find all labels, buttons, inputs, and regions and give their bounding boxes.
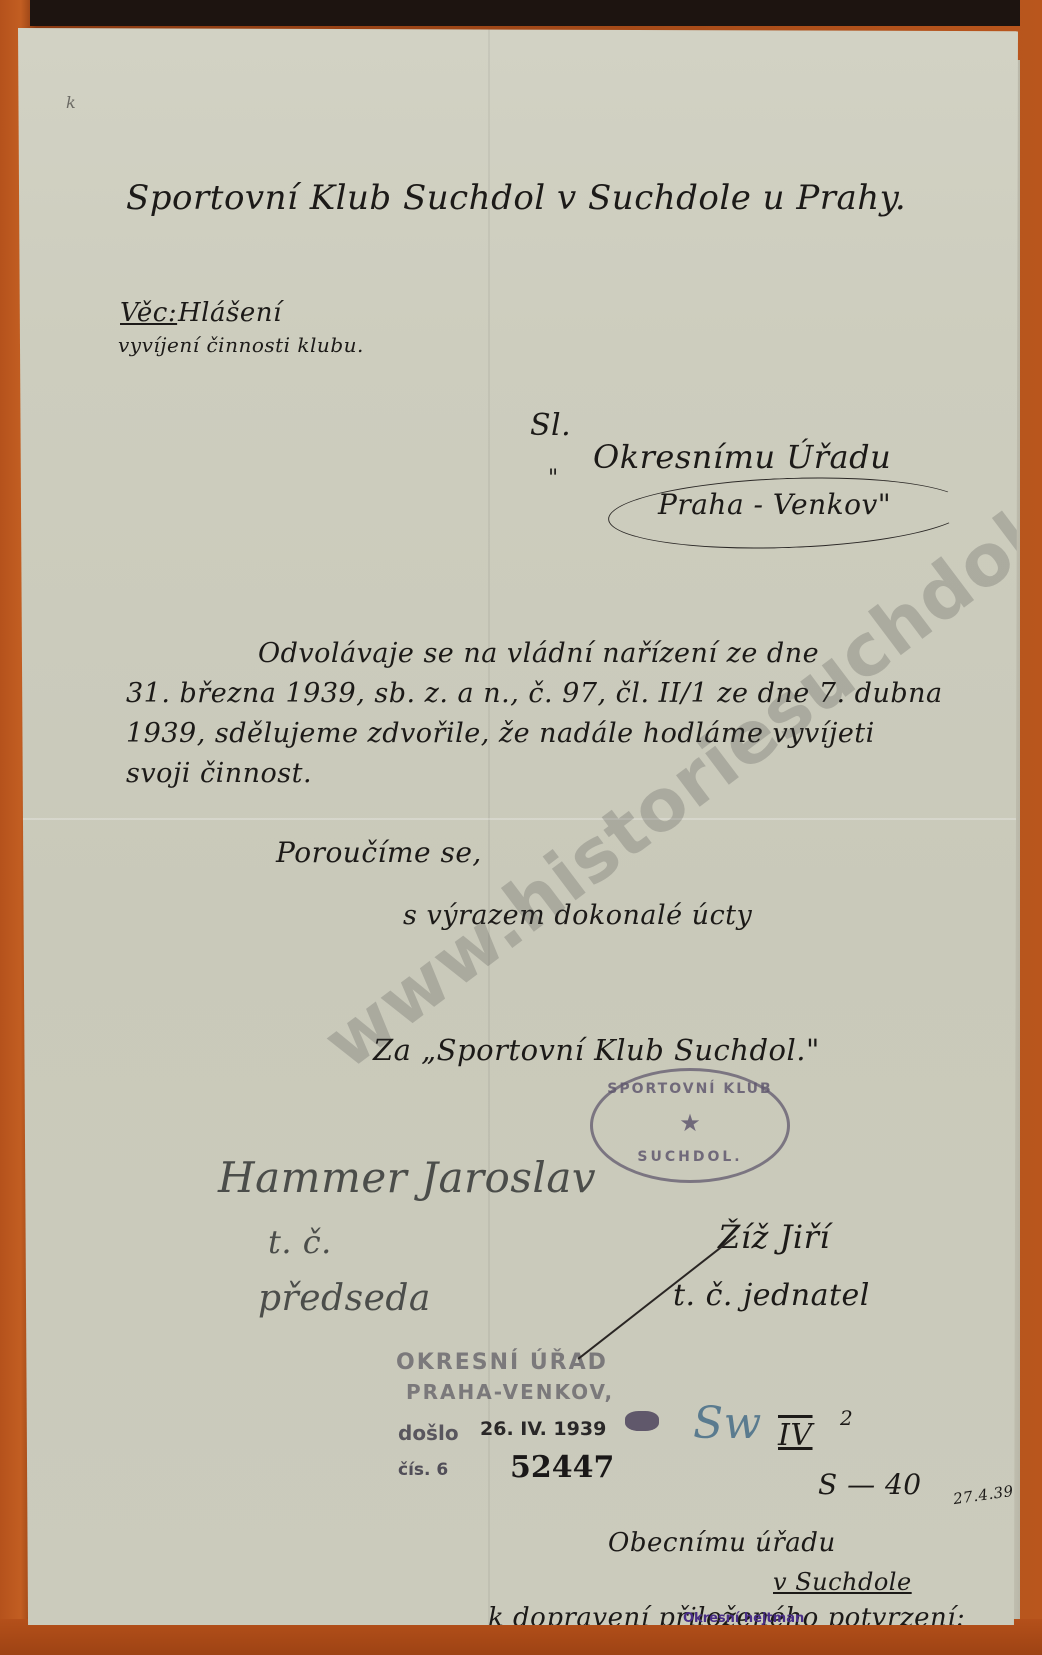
recipient-line-2: Praha - Venkov" [658,488,891,521]
body-line-4: svoji činnost. [126,758,312,789]
club-stamp-top-text: SPORTOVNÍ KLUB [593,1081,787,1097]
background-shadow [30,0,1020,26]
official-note-line-1: Obecnímu úřadu [608,1528,836,1558]
office-stamp-line-1: OKRESNÍ ÚŘAD [396,1350,608,1375]
subject-label: Věc: [120,298,177,328]
office-stamp-received-label: došlo [398,1421,459,1445]
club-stamp-bottom-text: SUCHDOL. [593,1149,787,1165]
secretary-role: t. č. jednatel [673,1278,870,1313]
body-line-1: Odvolávaje se na vládní nařízení ze dne [258,638,819,669]
chairman-role: předseda [258,1278,431,1319]
signature-chairman: Hammer Jaroslav [218,1153,596,1202]
corner-pencil-mark: k [66,93,76,112]
office-stamp-received-date: 26. IV. 1939 [480,1418,606,1440]
reference-file-number: S — 40 [818,1468,922,1501]
reference-subnumber: 2 [840,1406,853,1430]
office-stamp-number-label: čís. 6 [398,1460,448,1480]
closing-line-1: Poroučíme se, [276,836,482,869]
recipient-quote-mark: " [548,466,559,491]
club-stamp: SPORTOVNÍ KLUB ★ SUCHDOL. [590,1068,790,1183]
document-page: k Sportovní Klub Suchdol v Suchdole u Pr… [18,28,1022,1625]
office-stamp-line-2: PRAHA-VENKOV, [406,1380,614,1404]
reference-date: 27.4.39 [952,1482,1015,1508]
blue-ink-initials: Sw [693,1398,762,1449]
office-stamp-number: 52447 [510,1450,614,1485]
signature-club-name: Za „Sportovní Klub Suchdol." [373,1033,820,1067]
letterhead-sender: Sportovní Klub Suchdol v Suchdole u Prah… [126,178,906,218]
salutation: Sl. [530,408,571,443]
reference-roman-numeral: IV [778,1418,813,1453]
district-governor-stamp-line-1: Okresní hejtman [683,1611,804,1626]
star-icon: ★ [593,1109,787,1137]
subject-description: vyvíjení činnosti klubu. [118,333,364,357]
ink-blot-icon [625,1411,659,1431]
horizontal-fold [18,818,1022,820]
subject-value: Hlášení [178,298,282,328]
official-note-line-2: v Suchdole [773,1568,912,1596]
recipient-line-1: Okresnímu Úřadu [593,438,891,476]
chairman-role-prefix: t. č. [268,1223,332,1261]
